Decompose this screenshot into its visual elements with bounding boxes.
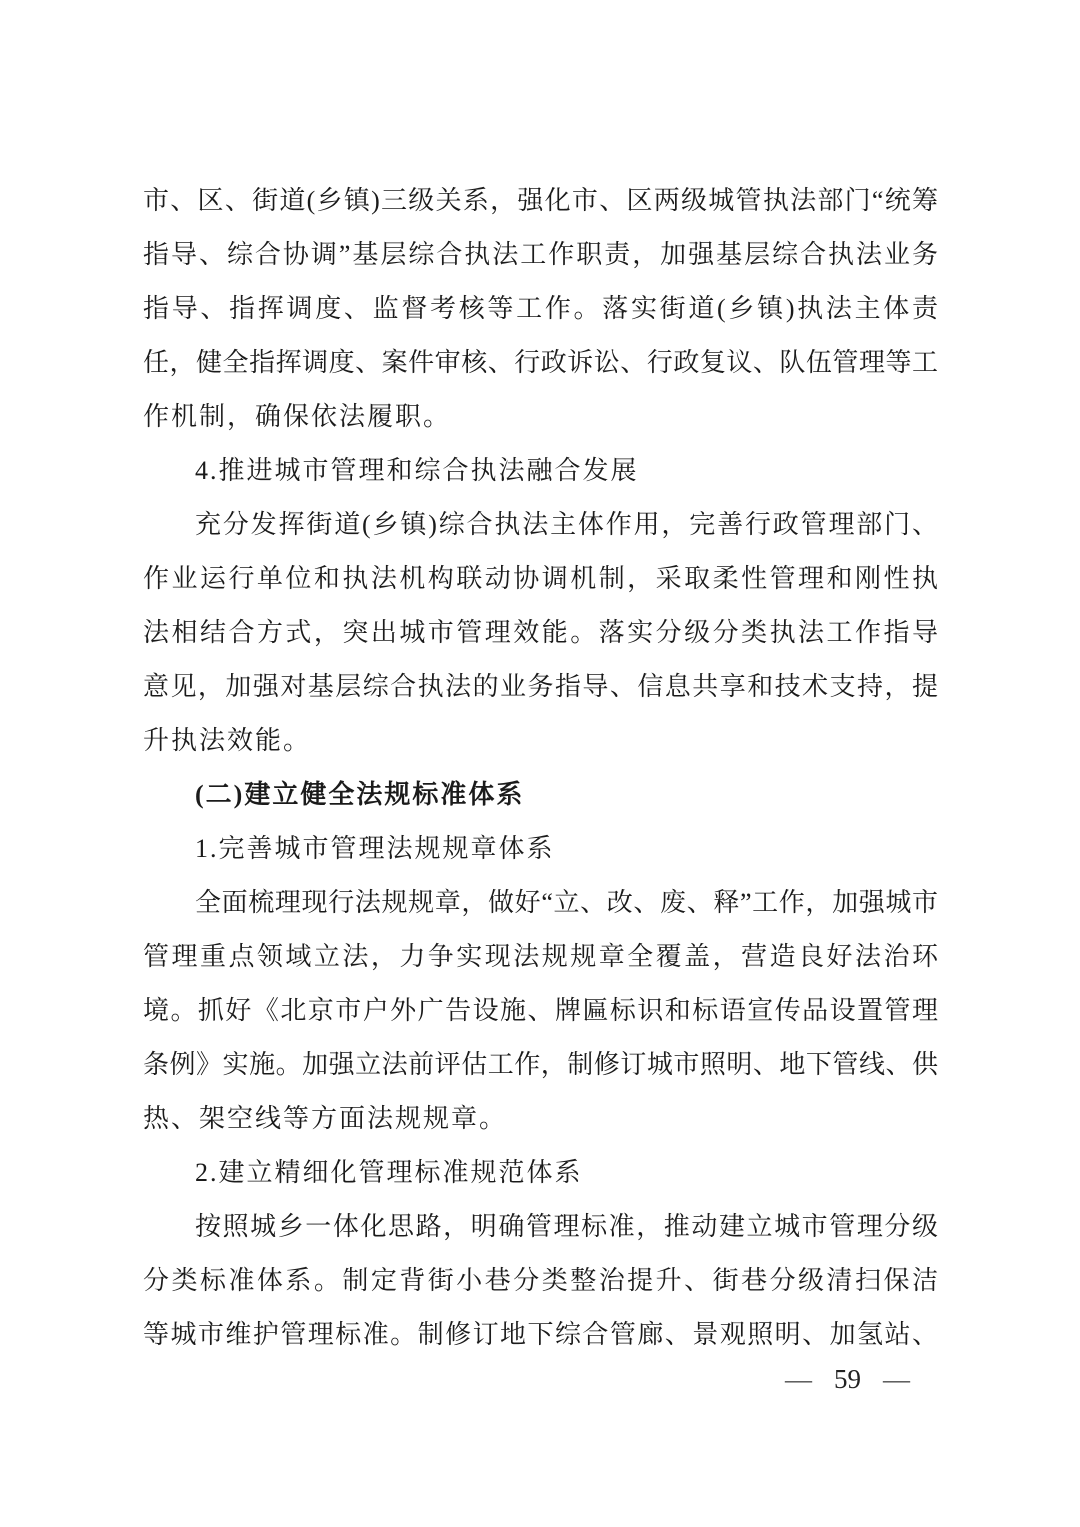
text-line: 指导、指挥调度、监督考核等工作。落实街道(乡镇)执法主体责: [143, 282, 938, 336]
paragraph: 全面梳理现行法规规章，做好“立、改、废、释”工作，加强城市管理重点领域立法，力争…: [143, 876, 938, 1146]
text-line: 1.完善城市管理法规规章体系: [143, 822, 938, 876]
page-number: 59: [834, 1364, 861, 1395]
paragraph: 按照城乡一体化思路，明确管理标准，推动建立城市管理分级分类标准体系。制定背街小巷…: [143, 1200, 938, 1362]
paragraph: 市、区、街道(乡镇)三级关系，强化市、区两级城管执法部门“统筹指导、综合协调”基…: [143, 174, 938, 444]
text-line: 充分发挥街道(乡镇)综合执法主体作用，完善行政管理部门、: [143, 498, 938, 552]
text-line: 2.建立精细化管理标准规范体系: [143, 1146, 938, 1200]
text-line: (二)建立健全法规标准体系: [143, 768, 938, 822]
paragraph: (二)建立健全法规标准体系: [143, 768, 938, 822]
text-line: 管理重点领域立法，力争实现法规规章全覆盖，营造良好法治环: [143, 930, 938, 984]
paragraph: 充分发挥街道(乡镇)综合执法主体作用，完善行政管理部门、作业运行单位和执法机构联…: [143, 498, 938, 768]
text-line: 热、架空线等方面法规规章。: [143, 1092, 938, 1146]
paragraph: 2.建立精细化管理标准规范体系: [143, 1146, 938, 1200]
text-line: 全面梳理现行法规规章，做好“立、改、废、释”工作，加强城市: [143, 876, 938, 930]
text-line: 升执法效能。: [143, 714, 938, 768]
text-line: 按照城乡一体化思路，明确管理标准，推动建立城市管理分级: [143, 1200, 938, 1254]
text-line: 条例》实施。加强立法前评估工作，制修订城市照明、地下管线、供: [143, 1038, 938, 1092]
text-line: 4.推进城市管理和综合执法融合发展: [143, 444, 938, 498]
paragraph: 1.完善城市管理法规规章体系: [143, 822, 938, 876]
text-line: 分类标准体系。制定背街小巷分类整治提升、街巷分级清扫保洁: [143, 1254, 938, 1308]
document-page: 市、区、街道(乡镇)三级关系，强化市、区两级城管执法部门“统筹指导、综合协调”基…: [0, 0, 1080, 1527]
document-body: 市、区、街道(乡镇)三级关系，强化市、区两级城管执法部门“统筹指导、综合协调”基…: [143, 174, 938, 1362]
text-line: 市、区、街道(乡镇)三级关系，强化市、区两级城管执法部门“统筹: [143, 174, 938, 228]
text-line: 境。抓好《北京市户外广告设施、牌匾标识和标语宣传品设置管理: [143, 984, 938, 1038]
page-footer: — 59 —: [785, 1352, 910, 1406]
text-line: 作机制，确保依法履职。: [143, 390, 938, 444]
text-line: 指导、综合协调”基层综合执法工作职责，加强基层综合执法业务: [143, 228, 938, 282]
text-line: 法相结合方式，突出城市管理效能。落实分级分类执法工作指导: [143, 606, 938, 660]
footer-dash-left: —: [785, 1364, 812, 1395]
footer-dash-right: —: [883, 1364, 910, 1395]
text-line: 意见，加强对基层综合执法的业务指导、信息共享和技术支持，提: [143, 660, 938, 714]
text-line: 任，健全指挥调度、案件审核、行政诉讼、行政复议、队伍管理等工: [143, 336, 938, 390]
text-line: 作业运行单位和执法机构联动协调机制，采取柔性管理和刚性执: [143, 552, 938, 606]
paragraph: 4.推进城市管理和综合执法融合发展: [143, 444, 938, 498]
